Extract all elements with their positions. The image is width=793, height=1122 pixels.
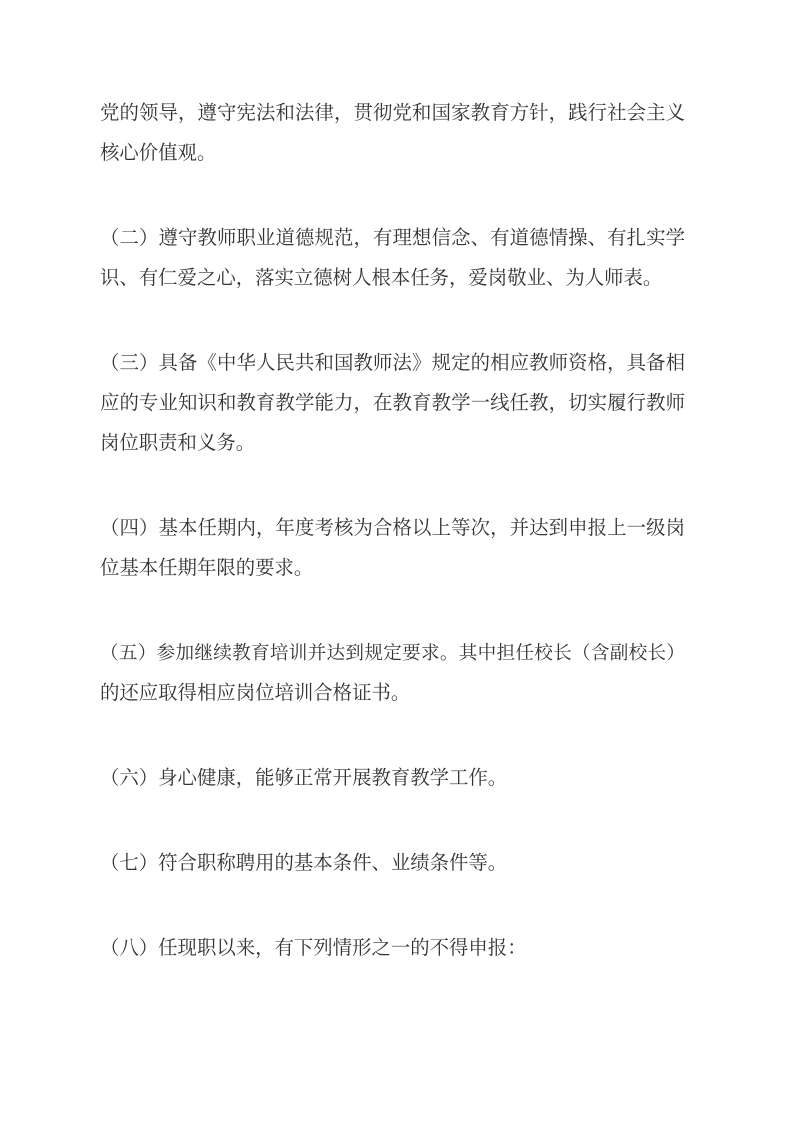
text-line: （八）任现职以来，有下列情形之一的不得申报： xyxy=(100,929,685,969)
text-line: （四）基本任期内，年度考核为合格以上等次，并达到申报上一级岗 xyxy=(100,509,685,549)
text-line: 核心价值观。 xyxy=(100,134,685,174)
paragraph: （八）任现职以来，有下列情形之一的不得申报： xyxy=(100,929,685,969)
text-line: （三）具备《中华人民共和国教师法》规定的相应教师资格，具备相 xyxy=(100,344,685,384)
text-line: （七）符合职称聘用的基本条件、业绩条件等。 xyxy=(100,844,685,884)
text-line: （二）遵守教师职业道德规范，有理想信念、有道德情操、有扎实学 xyxy=(100,219,685,259)
text-line: （五）参加继续教育培训并达到规定要求。其中担任校长（含副校长） xyxy=(100,634,685,674)
paragraph: （五）参加继续教育培训并达到规定要求。其中担任校长（含副校长） 的还应取得相应岗… xyxy=(100,634,685,714)
text-line: 的还应取得相应岗位培训合格证书。 xyxy=(100,674,685,714)
text-line: 位基本任期年限的要求。 xyxy=(100,549,685,589)
paragraph: （三）具备《中华人民共和国教师法》规定的相应教师资格，具备相 应的专业知识和教育… xyxy=(100,344,685,464)
text-line: 识、有仁爱之心，落实立德树人根本任务，爱岗敬业、为人师表。 xyxy=(100,259,685,299)
paragraph: （二）遵守教师职业道德规范，有理想信念、有道德情操、有扎实学 识、有仁爱之心，落… xyxy=(100,219,685,299)
paragraph: 党的领导，遵守宪法和法律，贯彻党和国家教育方针，践行社会主义 核心价值观。 xyxy=(100,94,685,174)
paragraph: （七）符合职称聘用的基本条件、业绩条件等。 xyxy=(100,844,685,884)
text-line: 应的专业知识和教育教学能力，在教育教学一线任教，切实履行教师 xyxy=(100,384,685,424)
paragraph: （六）身心健康，能够正常开展教育教学工作。 xyxy=(100,759,685,799)
text-line: 党的领导，遵守宪法和法律，贯彻党和国家教育方针，践行社会主义 xyxy=(100,94,685,134)
document-page: 党的领导，遵守宪法和法律，贯彻党和国家教育方针，践行社会主义 核心价值观。 （二… xyxy=(0,0,793,1122)
text-line: 岗位职责和义务。 xyxy=(100,424,685,464)
text-line: （六）身心健康，能够正常开展教育教学工作。 xyxy=(100,759,685,799)
paragraph: （四）基本任期内，年度考核为合格以上等次，并达到申报上一级岗 位基本任期年限的要… xyxy=(100,509,685,589)
